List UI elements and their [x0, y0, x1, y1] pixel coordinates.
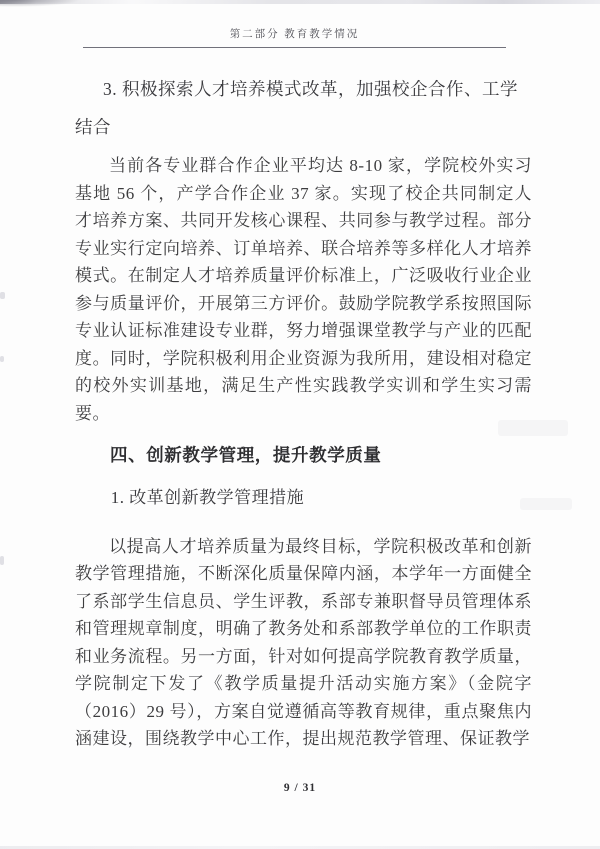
scan-artifact-margin-mark [0, 292, 5, 299]
section-heading-3: 3. 积极探索人才培养模式改革，加强校企合作、工学结合 [75, 70, 532, 146]
scan-artifact-margin-mark [0, 356, 4, 362]
document-body: 3. 积极探索人才培养模式改革，加强校企合作、工学结合 当前各专业群合作企业平均… [75, 70, 532, 766]
running-header-text: 第二部分 教育教学情况 [83, 26, 506, 41]
scan-artifact-margin-mark [0, 556, 4, 565]
running-header: 第二部分 教育教学情况 [83, 26, 506, 48]
scan-artifact-top-edge [0, 0, 600, 4]
subsection-heading-1: 1. 改革创新教学管理措施 [75, 484, 532, 512]
scanned-document-page: 第二部分 教育教学情况 3. 积极探索人才培养模式改革，加强校企合作、工学结合 … [0, 0, 600, 849]
paragraph-cooperation: 当前各专业群合作企业平均达 8-10 家，学院校外实习基地 56 个，产学合作企… [75, 152, 532, 427]
page-number: 9 / 31 [0, 782, 600, 794]
section-heading-4: 四、创新教学管理，提升教学质量 [75, 440, 532, 470]
scan-artifact-corner-smudge [0, 0, 80, 7]
paragraph-teaching-management: 以提高人才培养质量为最终目标，学院积极改革和创新教学管理措施，不断深化质量保障内… [75, 533, 532, 753]
